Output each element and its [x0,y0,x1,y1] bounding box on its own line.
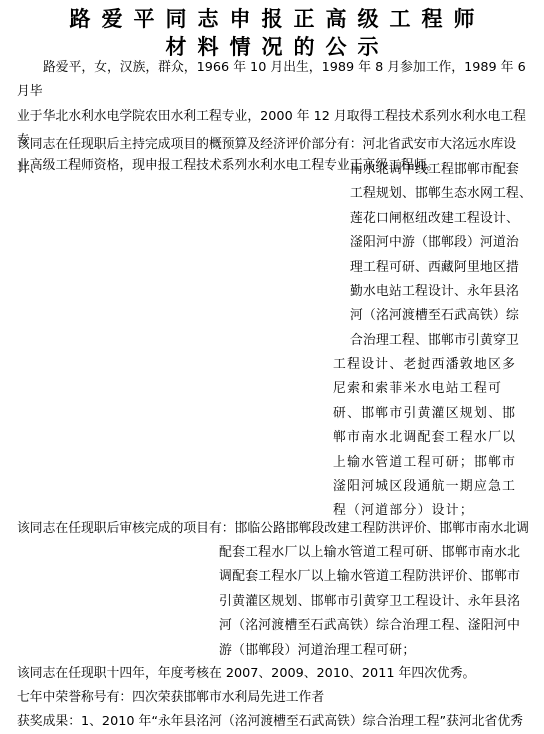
paragraph-awards: 获奖成果：1、2010 年“永年县洺河（洺河渡槽至石武高铁）综合治理工程”获河北… [17,710,539,734]
paragraph-reviewed-projects-continuation: 配套工程水厂以上输水管道工程可研、邯郸市南水北 调配套工程水厂以上输水管道工程防… [219,541,535,663]
paragraph-honors: 七年中荣誉称号有：四次荣获邯郸市水利局先进工作者 [17,686,539,710]
paragraph-hosted-projects-column-upper: 南水北调中线工程邯郸市配套 工程规划、邯郸生态水网工程、 莲花口闸枢纽改建工程设… [350,158,536,353]
paragraph-reviewed-projects-lead: 该同志在任现职后审核完成的项目有：邯临公路邯郸段改建工程防洪评价、邯郸市南水北调 [17,517,539,541]
document-title-line1: 路爱平同志申报正高级工程师 [0,6,544,33]
paragraph-hosted-projects-column-lower: 工程设计、老挝西潘敦地区多 尼索和索菲米水电站工程可 研、邯郸市引黄灌区规划、邯… [333,353,533,524]
paragraph-annual-assessment: 该同志在任现职十四年，年度考核在 2007、2009、2010、2011 年四次… [17,662,539,686]
notice-document-page: 路爱平同志申报正高级工程师 材料情况的公示 路爱平，女，汉族，群众，1966 年… [0,0,544,734]
